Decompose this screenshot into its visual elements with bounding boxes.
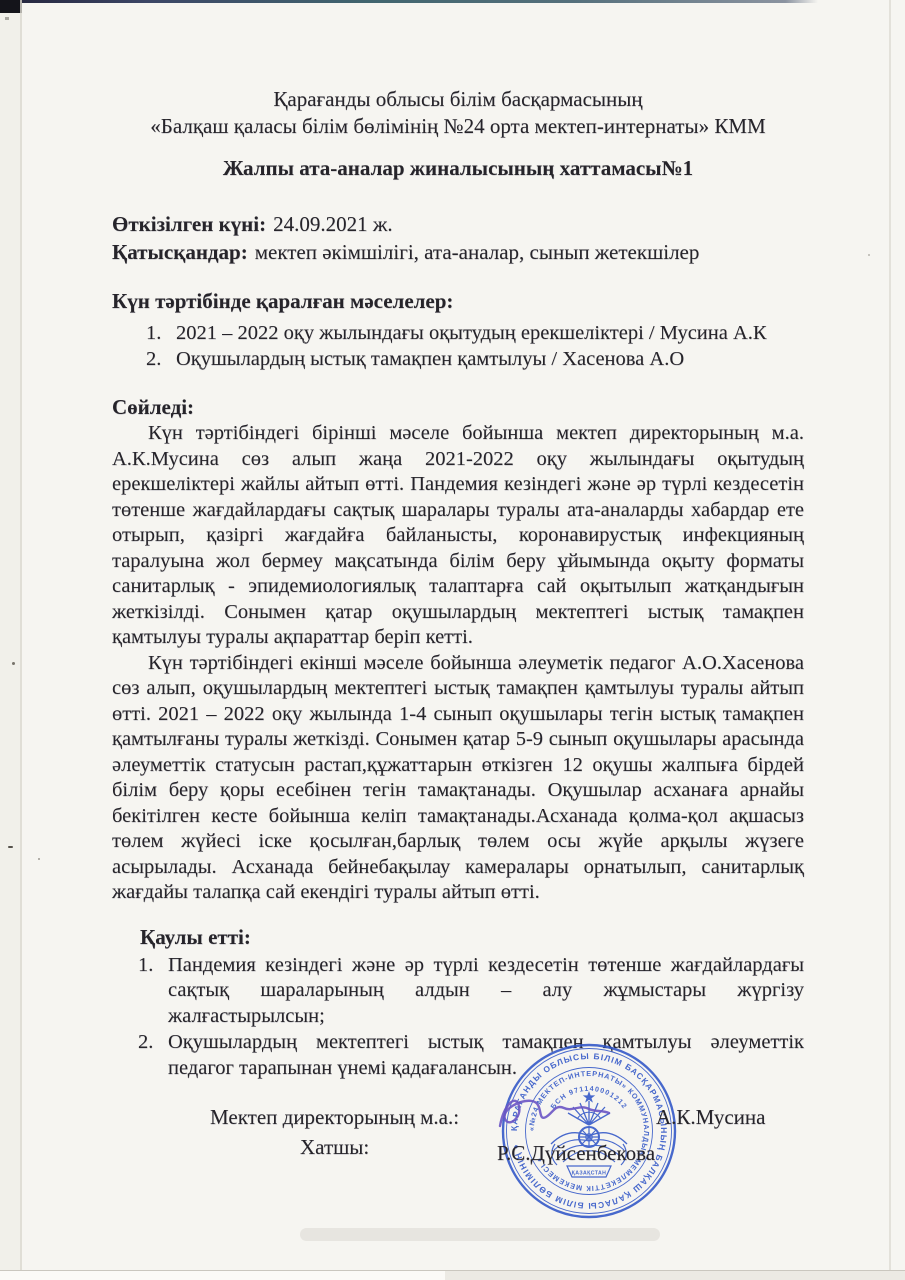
- meta-date-line: Өткізілген күні:24.09.2021 ж.: [112, 210, 804, 238]
- resolution-item-text: Пандемия кезіндегі және әр түрлі кездесе…: [168, 953, 804, 1030]
- resolution-item-text: Оқушылардың мектептегі ыстық тамақпен қа…: [168, 1030, 804, 1082]
- director-label: Мектеп директорының м.а.:: [210, 1104, 459, 1130]
- agenda-item-number: 1.: [146, 320, 176, 346]
- organization-line1: Қарағанды облысы білім басқармасының: [112, 86, 804, 113]
- resolution-item-number: 2.: [138, 1030, 168, 1082]
- speech-paragraph-1: Күн тәртібіндегі бірінші мәселе бойынша …: [112, 421, 804, 651]
- scan-edge-right: [889, 0, 891, 1280]
- secretary-label: Хатшы:: [300, 1134, 369, 1160]
- scan-edge-left: [20, 0, 22, 1280]
- emblem-banner-text: ҚАЗАҚСТАН: [572, 1171, 607, 1177]
- resolution-list: 1. Пандемия кезіндегі және әр түрлі кезд…: [112, 953, 804, 1082]
- date-label: Өткізілген күні:: [112, 212, 266, 236]
- resolution-item: 1. Пандемия кезіндегі және әр түрлі кезд…: [112, 953, 804, 1030]
- scan-corner-speck: [5, 17, 9, 20]
- agenda-item: 1. 2021 – 2022 оқу жылындағы оқытудың ер…: [112, 320, 804, 346]
- participants-label: Қатысқандар:: [112, 240, 248, 264]
- emblem-banner: ҚАЗАҚСТАН: [567, 1166, 611, 1177]
- scan-left-band: [0, 0, 22, 1280]
- agenda-heading: Күн тәртібінде қаралған мәселелер:: [112, 288, 804, 315]
- organization-line2: «Балқаш қаласы білім бөлімінің №24 орта …: [112, 113, 804, 140]
- resolution-item: 2. Оқушылардың мектептегі ыстық тамақпен…: [112, 1030, 804, 1082]
- date-value: 24.09.2021 ж.: [273, 212, 393, 236]
- handwritten-signature: [492, 1086, 617, 1146]
- scan-edge-top: [0, 0, 818, 3]
- participants-value: мектеп әкімшілігі, ата-аналар, сынып жет…: [255, 240, 700, 264]
- scan-speck: [12, 662, 15, 665]
- scan-speck: [868, 254, 870, 256]
- meta-participants-line: Қатысқандар:мектеп әкімшілігі, ата-анала…: [112, 238, 804, 266]
- document-title: Жалпы ата-аналар жиналысының хаттамасы№1: [112, 154, 804, 182]
- speeches-heading: Сөйледі:: [112, 394, 804, 421]
- agenda-item-number: 2.: [146, 346, 176, 372]
- scan-bottom-left-strip: [0, 1271, 445, 1280]
- director-name: А.К.Мусина: [656, 1104, 765, 1130]
- agenda-list: 1. 2021 – 2022 оқу жылындағы оқытудың ер…: [112, 320, 804, 372]
- agenda-item-text: 2021 – 2022 оқу жылындағы оқытудың ерекш…: [176, 320, 804, 346]
- scan-bottom-right-strip: [445, 1271, 905, 1280]
- agenda-item: 2. Оқушылардың ыстық тамақпен қамтылуы /…: [112, 346, 804, 372]
- speech-paragraph-2: Күн тәртібіндегі екінші мәселе бойынша ә…: [112, 651, 804, 906]
- resolution-heading: Қаулы етті:: [140, 924, 804, 951]
- scan-smudge: [300, 1228, 660, 1241]
- scanned-document-page: Қарағанды облысы білім басқармасының «Ба…: [0, 0, 905, 1280]
- resolution-item-number: 1.: [138, 953, 168, 1030]
- meta-block: Өткізілген күні:24.09.2021 ж. Қатысқанда…: [112, 210, 804, 266]
- document-body: Қарағанды облысы білім басқармасының «Ба…: [112, 86, 804, 1081]
- agenda-item-text: Оқушылардың ыстық тамақпен қамтылуы / Ха…: [176, 346, 804, 372]
- scan-corner-mark: [0, 0, 22, 13]
- scan-speck: [8, 846, 13, 848]
- secretary-name: Р.С.Дүйсенбекова: [497, 1140, 655, 1166]
- scan-speck: [38, 858, 40, 860]
